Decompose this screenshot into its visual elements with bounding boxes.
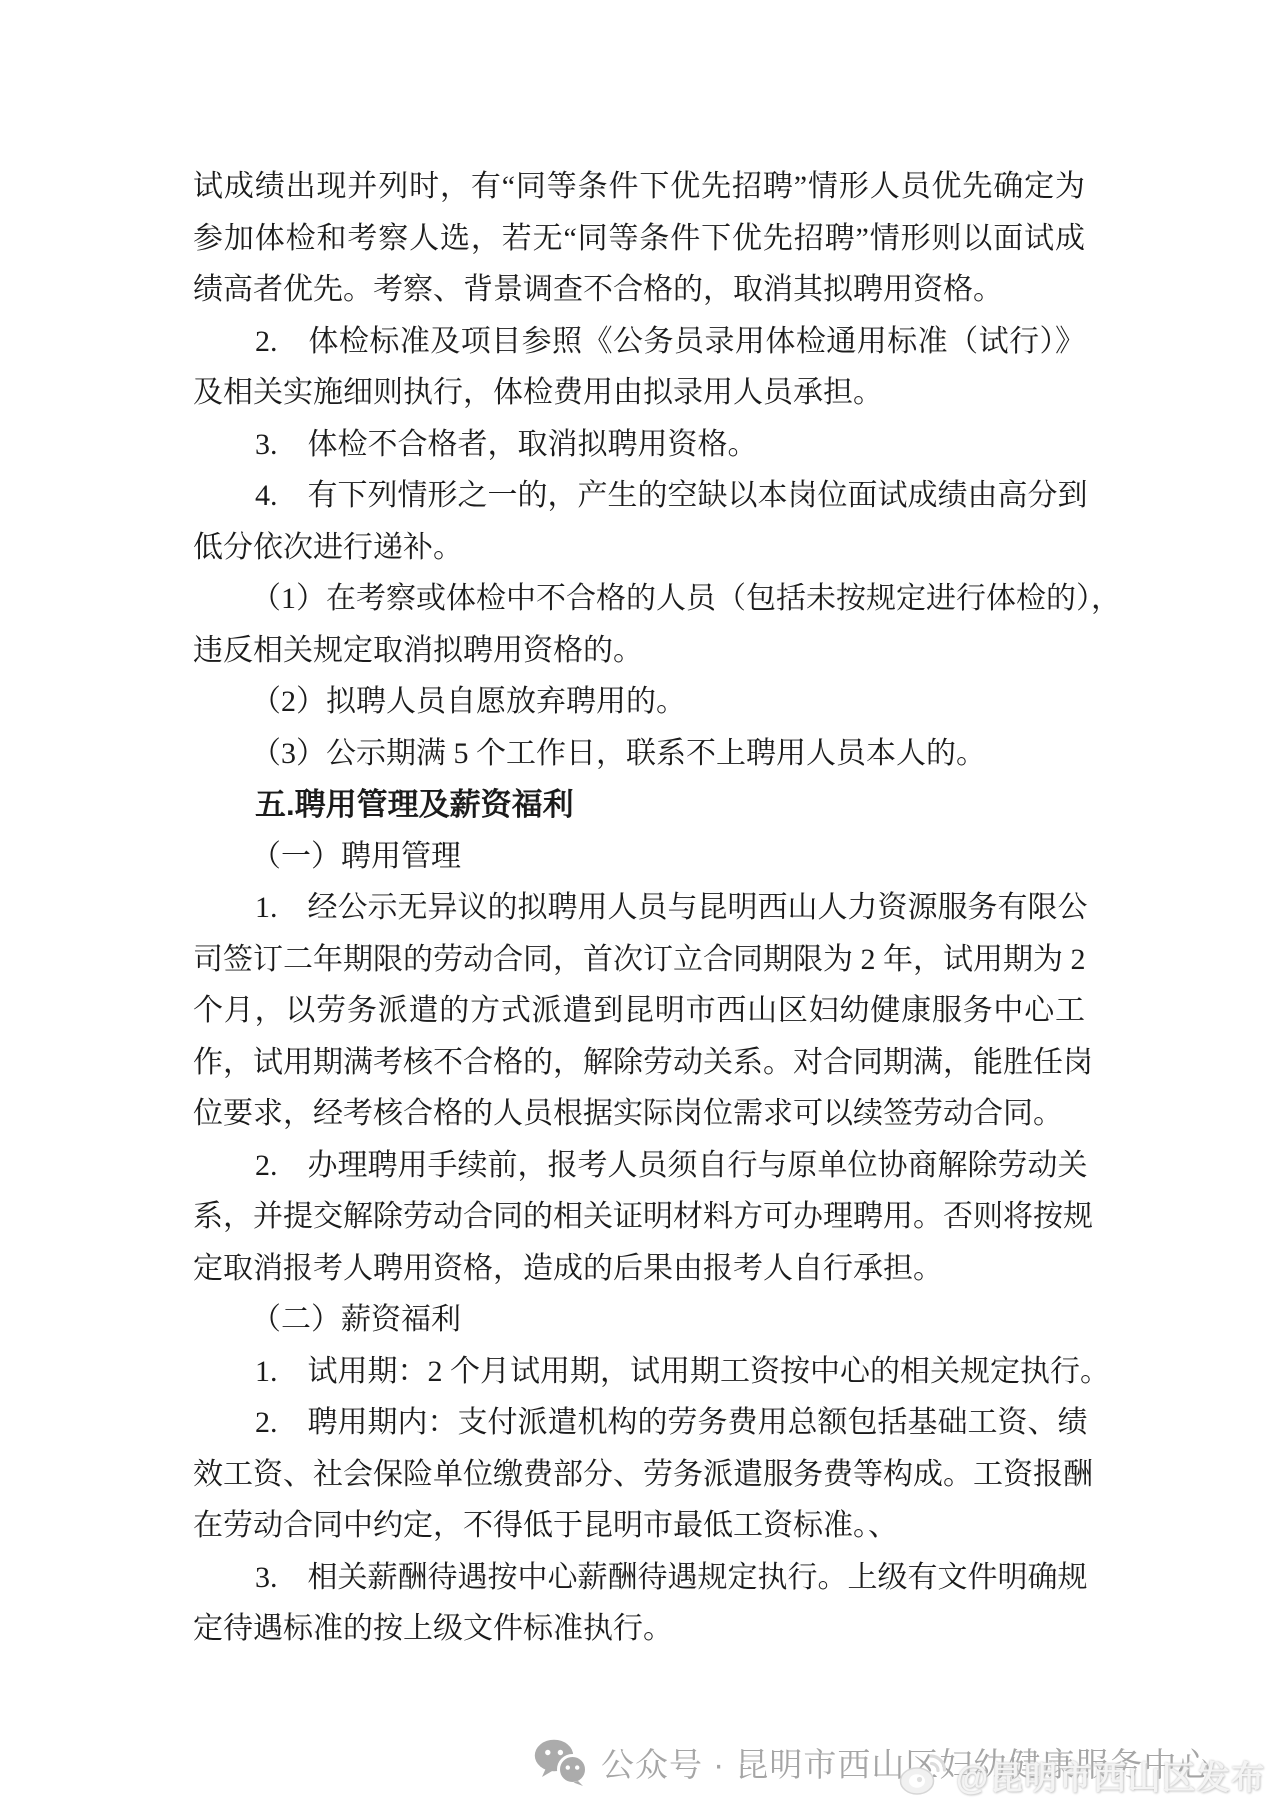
document-line: 定待遇标准的按上级文件标准执行。 xyxy=(193,1603,1085,1655)
document-line: 个月，以劳务派遣的方式派遣到昆明市西山区妇幼健康服务中心工 xyxy=(193,985,1085,1037)
document-line: 2. 体检标准及项目参照《公务员录用体检通用标准（试行）》 xyxy=(193,316,1085,368)
wechat-icon xyxy=(534,1739,588,1786)
document-line: 位要求，经考核合格的人员根据实际岗位需求可以续签劳动合同。 xyxy=(193,1088,1085,1140)
watermark-text: @昆明市西山区发布 xyxy=(956,1752,1266,1799)
document-line: 2. 办理聘用手续前，报考人员须自行与原单位协商解除劳动关 xyxy=(193,1140,1085,1192)
document-line: （3）公示期满 5 个工作日，联系不上聘用人员本人的。 xyxy=(193,728,1085,780)
document-line: 司签订二年期限的劳动合同，首次订立合同期限为 2 年，试用期为 2 xyxy=(193,934,1085,986)
document-line: 违反相关规定取消拟聘用资格的。 xyxy=(193,625,1085,677)
document-line: 参加体检和考察人选，若无“同等条件下优先招聘”情形则以面试成 xyxy=(193,213,1085,265)
document-line: 低分依次进行递补。 xyxy=(193,522,1085,574)
document-line: 4. 有下列情形之一的，产生的空缺以本岗位面试成绩由高分到 xyxy=(193,470,1085,522)
document-line: 系，并提交解除劳动合同的相关证明材料方可办理聘用。否则将按规 xyxy=(193,1191,1085,1243)
document-line: （一）聘用管理 xyxy=(193,831,1085,883)
document-line: 2. 聘用期内：支付派遣机构的劳务费用总额包括基础工资、绩 xyxy=(193,1397,1085,1449)
document-page: 试成绩出现并列时，有“同等条件下优先招聘”情形人员优先确定为参加体检和考察人选，… xyxy=(0,0,1280,1810)
document-line: （二）薪资福利 xyxy=(193,1294,1085,1346)
document-line: 在劳动合同中约定，不得低于昆明市最低工资标准。、 xyxy=(193,1500,1085,1552)
document-line: （2）拟聘人员自愿放弃聘用的。 xyxy=(193,676,1085,728)
document-line: 定取消报考人聘用资格，造成的后果由报考人自行承担。 xyxy=(193,1243,1085,1295)
document-line: （1）在考察或体检中不合格的人员（包括未按规定进行体检的）， xyxy=(193,573,1085,625)
document-line: 绩高者优先。考察、背景调查不合格的，取消其拟聘用资格。 xyxy=(193,264,1085,316)
document-line: 1. 经公示无异议的拟聘用人员与昆明西山人力资源服务有限公 xyxy=(193,882,1085,934)
document-line: 3. 相关薪酬待遇按中心薪酬待遇规定执行。上级有文件明确规 xyxy=(193,1552,1085,1604)
document-line: 试成绩出现并列时，有“同等条件下优先招聘”情形人员优先确定为 xyxy=(193,161,1085,213)
document-line: 效工资、社会保险单位缴费部分、劳务派遣服务费等构成。工资报酬 xyxy=(193,1449,1085,1501)
document-line: 3. 体检不合格者，取消拟聘用资格。 xyxy=(193,419,1085,471)
document-line: 1. 试用期：2 个月试用期，试用期工资按中心的相关规定执行。 xyxy=(193,1346,1085,1398)
document-line: 作，试用期满考核不合格的，解除劳动关系。对合同期满，能胜任岗 xyxy=(193,1037,1085,1089)
section-heading: 五.聘用管理及薪资福利 xyxy=(193,779,1085,831)
weibo-watermark: @昆明市西山区发布 xyxy=(898,1750,1266,1801)
document-body: 试成绩出现并列时，有“同等条件下优先招聘”情形人员优先确定为参加体检和考察人选，… xyxy=(193,161,1085,1655)
document-line: 及相关实施细则执行，体检费用由拟录用人员承担。 xyxy=(193,367,1085,419)
weibo-icon xyxy=(898,1750,950,1801)
